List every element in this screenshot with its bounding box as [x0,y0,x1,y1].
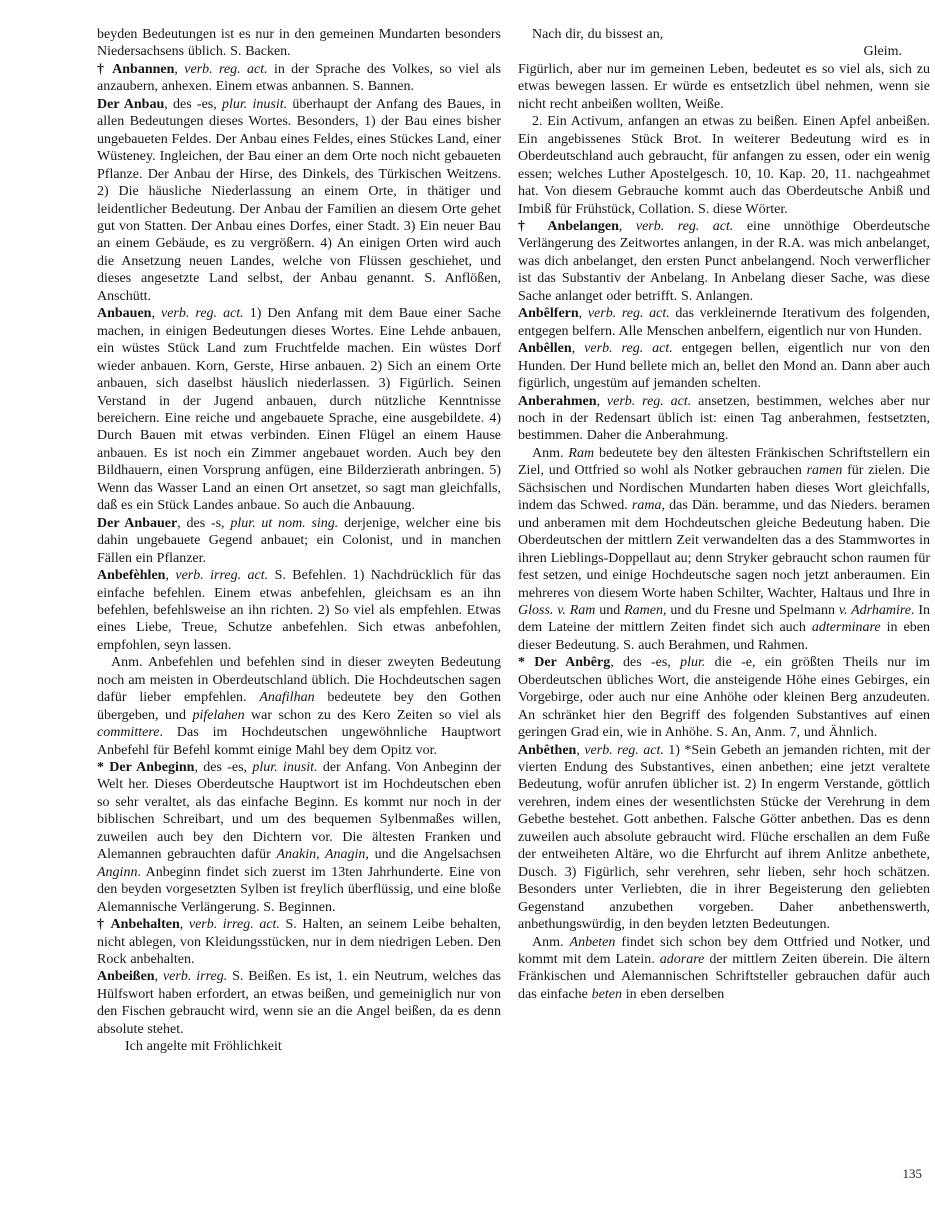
anm-anberahmen: Anm. Ram bedeutete bey den ältesten Frän… [518,445,930,654]
body-text: Gleim. [864,44,903,59]
body-text: 1) *Sein Gebeth an jemanden richten, mit… [518,743,930,933]
continuation-paragraph: beyden Bedeutungen ist es nur in den gem… [97,26,501,61]
italic-text: verb. reg. act. [584,341,673,356]
italic-text: committere [97,725,159,740]
body-text: , [174,62,184,77]
left-column: beyden Bedeutungen ist es nur in den gem… [97,26,501,1056]
verse-attribution: Gleim. [518,43,930,60]
italic-text: Anbeten [570,935,616,950]
italic-text: verb. reg. act. [184,62,267,77]
body-text: , [579,306,588,321]
italic-text: Anginn [97,865,137,880]
body-text: und du Fresne und Spelmann [667,603,839,618]
body-text: . Anbeginn findet sich zuerst im 13ten J… [97,865,501,915]
page-number: 135 [903,1166,923,1182]
italic-text: verb. irreg. [163,969,227,984]
body-text: Anm. [532,446,568,461]
italic-text: beten [592,987,622,1002]
italic-text: verb. reg. act. [588,306,670,321]
entry-anbehalten: † Anbehalten, verb. irreg. act. S. Halte… [97,916,501,968]
italic-text: rama, [632,498,665,513]
entry-anbeissen-continued: Figürlich, aber nur im gemeinen Leben, b… [518,61,930,113]
entry-anbelangen: † Anbelangen, verb. reg. act. eine unnöt… [518,218,930,305]
body-text: beyden Bedeutungen ist es nur in den gem… [97,27,501,59]
italic-text: verb. reg. act. [636,219,734,234]
headword: Anberahmen [518,394,597,409]
body-text: , [165,568,175,583]
body-text: Figürlich, aber nur im gemeinen Leben, b… [518,62,930,112]
headword: Der Anbau [97,97,164,112]
body-text: Nach dir, du bissest an, [532,27,663,42]
body-text: , [619,219,636,234]
italic-text: v. Adrhamire [839,603,911,618]
italic-text: verb. irreg. act. [175,568,268,583]
body-text: , des -es, [194,760,252,775]
two-column-text-block: beyden Bedeutungen ist es nur in den gem… [97,26,935,1056]
italic-text: Ramen, [624,603,666,618]
body-text: , des -es, [164,97,222,112]
italic-text: adorare [660,952,705,967]
entry-anbauen: Anbauen, verb. reg. act. 1) Den Anfang m… [97,305,501,514]
right-column: Nach dir, du bissest an,Gleim.Figürlich,… [518,26,930,1056]
entry-anbefehlen: Anbefèhlen, verb. irreg. act. S. Befehle… [97,567,501,654]
headword: Anbêlfern [518,306,579,321]
headword: * Der Anbeginn [97,760,194,775]
body-text: in eben derselben [622,987,724,1002]
entry-der-anberg: * Der Anbêrg, des -es, plur. die -e, ein… [518,654,930,741]
body-text: überhaupt der Anfang des Baues, in allen… [97,97,501,304]
headword: Anbauen [97,306,151,321]
headword: † Anbelangen [518,219,619,234]
headword: Anbeißen [97,969,155,984]
body-text: , [597,394,607,409]
italic-text: verb. reg. act. [607,394,691,409]
verse-line: Nach dir, du bissest an, [518,26,930,43]
body-text: war schon zu des Kero Zeiten so viel als [245,708,501,723]
body-text: das Dän. beramme, und das Nieders. beram… [518,498,930,600]
entry-anbellen: Anbêllen, verb. reg. act. entgegen belle… [518,340,930,392]
entry-anbelfern: Anbêlfern, verb. reg. act. das verkleine… [518,305,930,340]
body-text: , [155,969,163,984]
body-text: , des -es, [610,655,680,670]
body-text: Anm. [532,935,570,950]
italic-text: Gloss. v. Ram [518,603,595,618]
headword: † Anbehalten [97,917,180,932]
body-text: 2. Ein Activum, anfangen an etwas zu bei… [518,114,930,216]
body-text: und [595,603,624,618]
italic-text: Ram [568,446,594,461]
headword: Anbêllen [518,341,572,356]
italic-text: Anafilhan [259,690,314,705]
italic-text: pifelahen [192,708,244,723]
headword: † Anbannen [97,62,174,77]
headword: * Der Anbêrg [518,655,610,670]
entry-anberahmen: Anberahmen, verb. reg. act. ansetzen, be… [518,393,930,445]
headword: Der Anbauer [97,516,177,531]
italic-text: Anakin, Anagin, [276,847,369,862]
italic-text: verb. reg. act. [584,743,664,758]
entry-anbeissen: Anbeißen, verb. irreg. S. Beißen. Es ist… [97,968,501,1038]
dictionary-page: beyden Bedeutungen ist es nur in den gem… [0,0,935,1210]
verse-line: Ich angelte mit Fröhlichkeit [97,1038,501,1055]
body-text: Ich angelte mit Fröhlichkeit [125,1039,282,1054]
anm-anbefehlen: Anm. Anbefehlen und befehlen sind in die… [97,654,501,759]
body-text: 1) Den Anfang mit dem Baue einer Sache m… [97,306,501,513]
italic-text: verb. reg. act. [161,306,244,321]
body-text: , [180,917,189,932]
entry-der-anbauer: Der Anbauer, des -s, plur. ut nom. sing.… [97,515,501,567]
italic-text: plur. inusit. [252,760,317,775]
entry-anbannen: † Anbannen, verb. reg. act. in der Sprac… [97,61,501,96]
italic-text: plur. inusit. [222,97,287,112]
italic-text: plur. [680,655,705,670]
body-text: , des -s, [177,516,230,531]
headword: Anbêthen [518,743,576,758]
entry-anbethen: Anbêthen, verb. reg. act. 1) *Sein Gebet… [518,742,930,934]
entry-der-anbeginn: * Der Anbeginn, des -es, plur. inusit. d… [97,759,501,916]
italic-text: plur. ut nom. sing. [230,516,338,531]
entry-anbeissen-sense2: 2. Ein Activum, anfangen an etwas zu bei… [518,113,930,218]
anm-anbethen: Anm. Anbeten findet sich schon bey dem O… [518,934,930,1004]
entry-der-anbau: Der Anbau, des -es, plur. inusit. überha… [97,96,501,305]
body-text: , [572,341,585,356]
headword: Anbefèhlen [97,568,165,583]
italic-text: adterminare [812,620,881,635]
italic-text: ramen [807,463,843,478]
italic-text: verb. irreg. act. [189,917,280,932]
body-text: , [151,306,161,321]
body-text: und die Angelsachsen [369,847,501,862]
